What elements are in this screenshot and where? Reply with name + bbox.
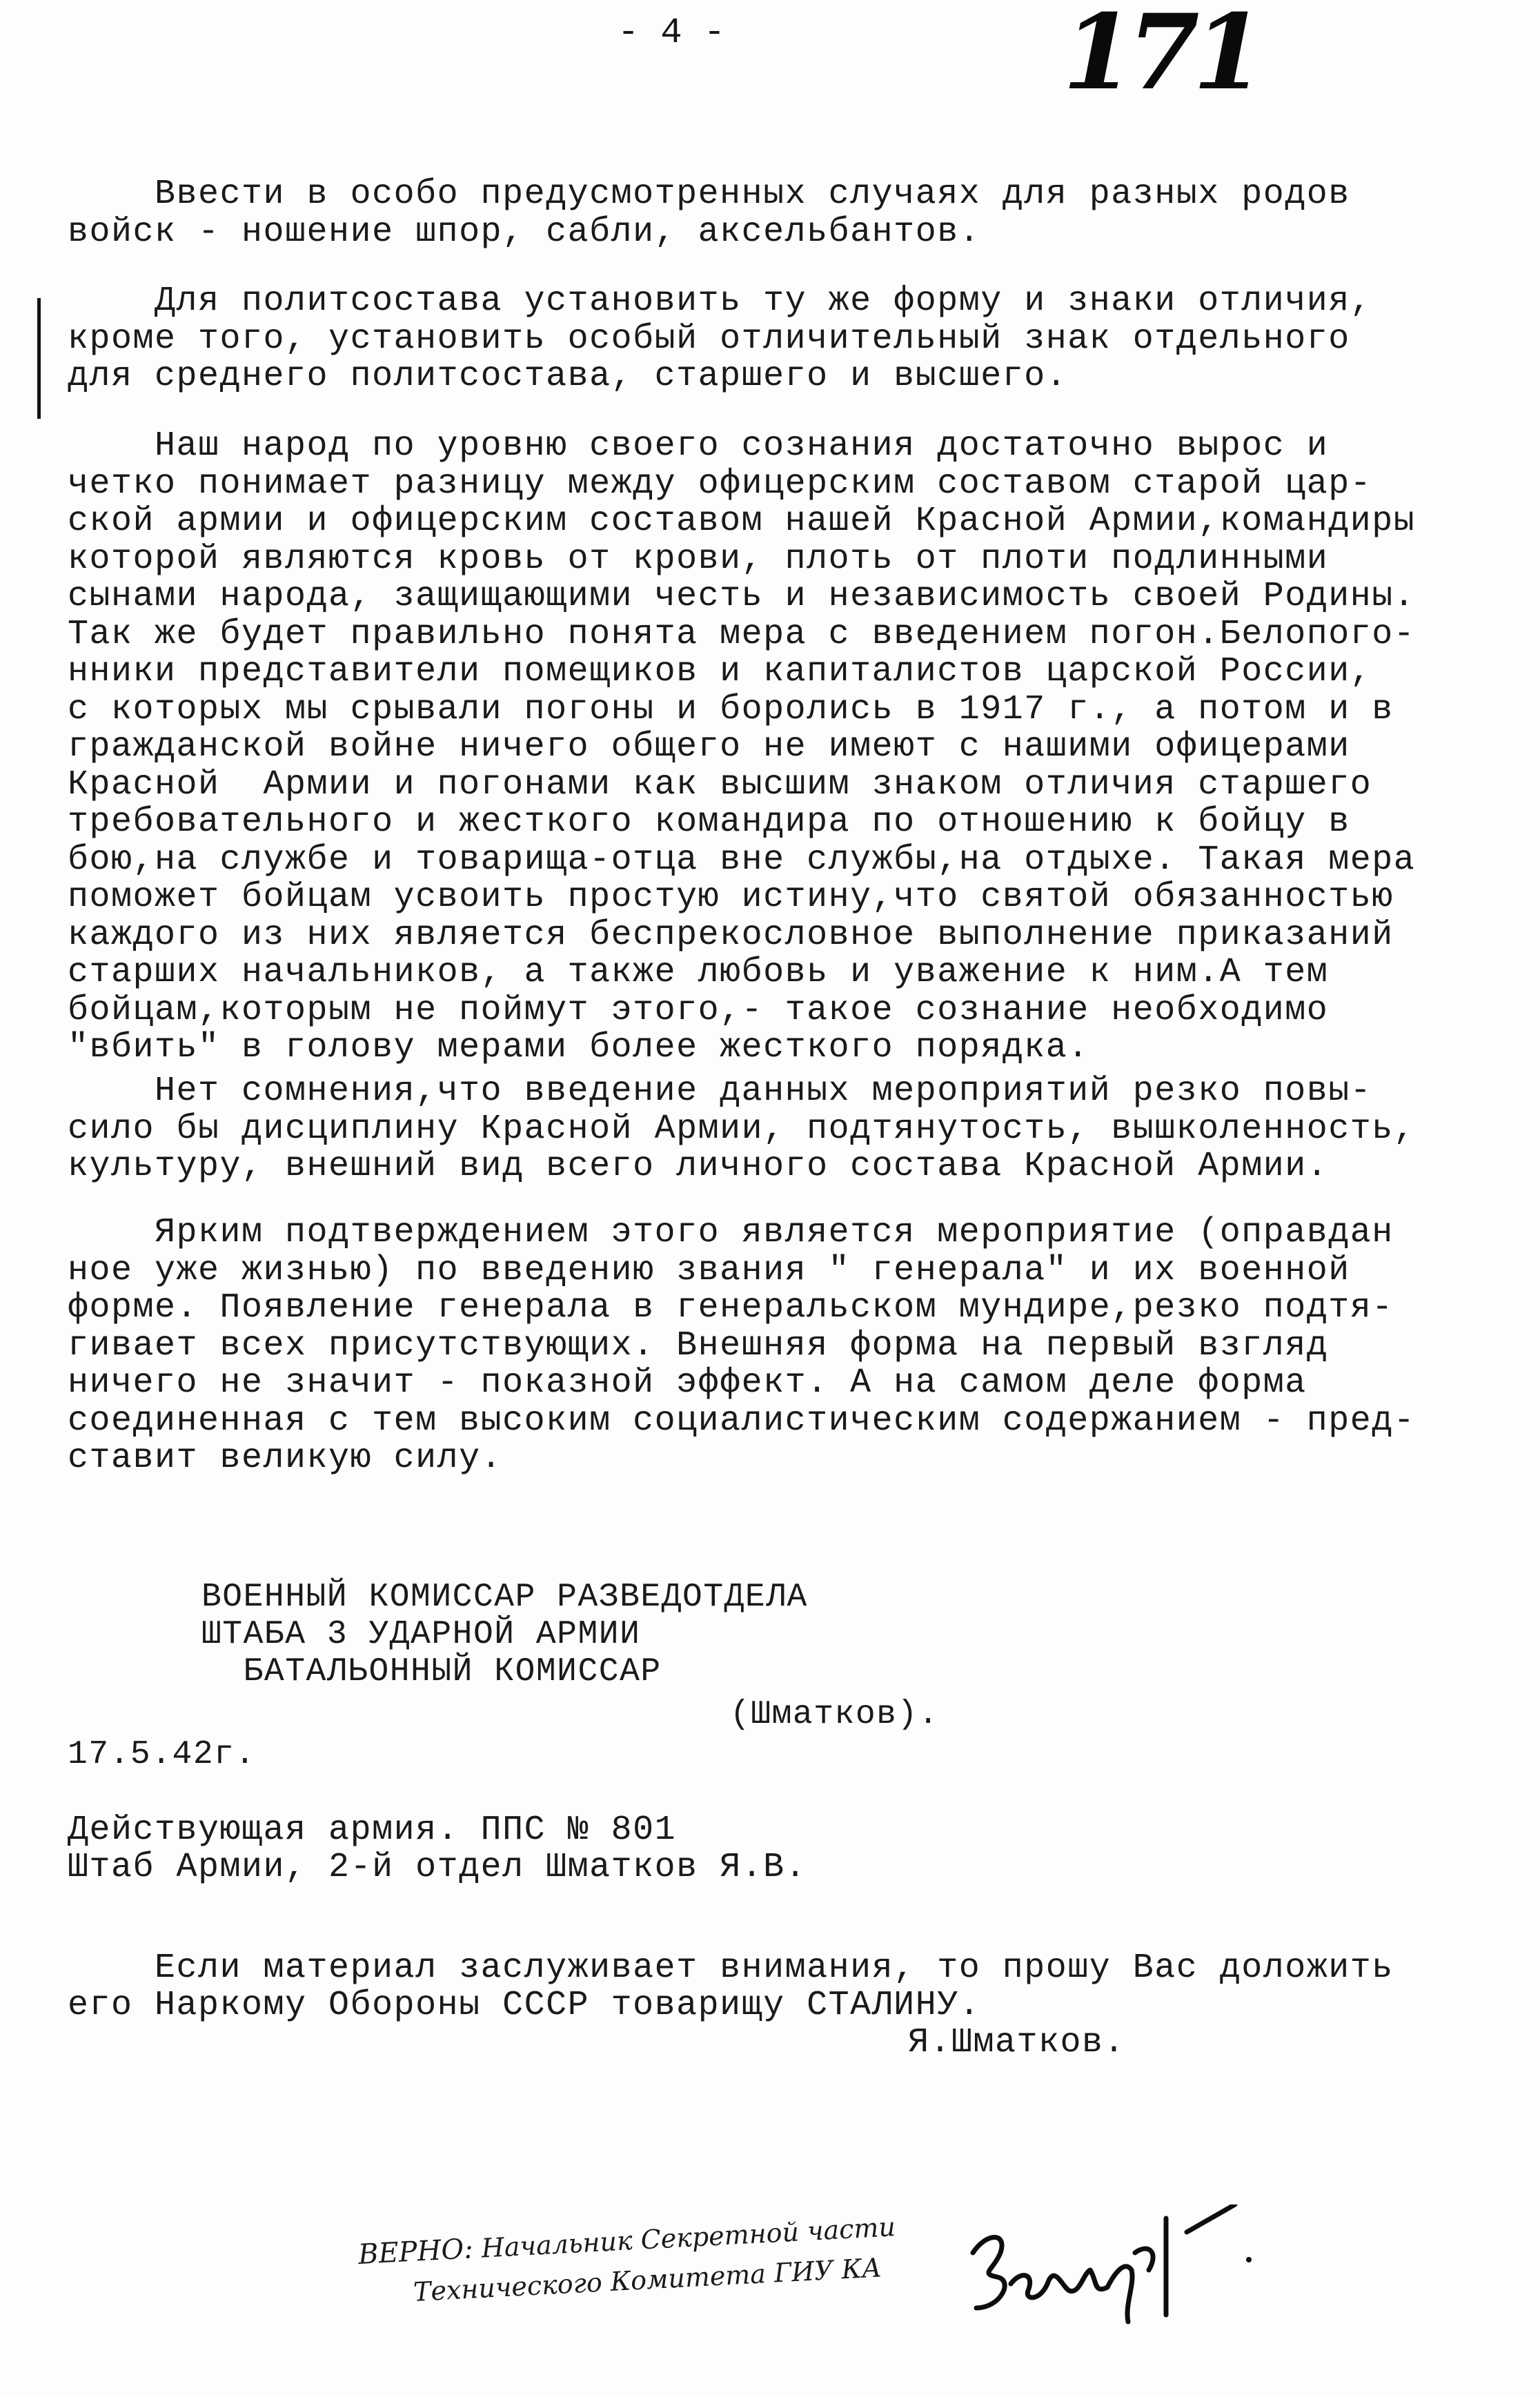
address-line: Действующая армия. ППС № 801 — [68, 1812, 676, 1849]
text-line: для среднего политсостава, старшего и вы… — [68, 358, 1067, 395]
signatory-title-line: ШТАБА 3 УДАРНОЙ АРМИИ — [201, 1616, 640, 1653]
text-line: Красной Армии и погонами как высшим знак… — [68, 767, 1372, 804]
document-page: - 4 - 171 Ввести в особо предусмотренных… — [0, 0, 1540, 2397]
text-line: ное уже жизнью) по введению звания " ген… — [68, 1252, 1350, 1290]
address-line: Штаб Армии, 2-й отдел Шматков Я.В. — [68, 1849, 807, 1886]
text-line: соединенная с тем высоким социалистическ… — [68, 1403, 1415, 1440]
text-line: войск - ношение шпор, сабли, аксельбанто… — [68, 214, 980, 251]
text-line: кроме того, установить особый отличитель… — [68, 321, 1350, 358]
text-line: Ввести в особо предусмотренных случаях д… — [68, 176, 1350, 213]
signatory-title-line: ВОЕННЫЙ КОМИССАР РАЗВЕДОТДЕЛА — [201, 1579, 808, 1616]
text-line: требовательного и жесткого командира по … — [68, 804, 1350, 841]
text-line: гивает всех присутствующих. Внешняя форм… — [68, 1328, 1328, 1365]
text-line: каждого из них является беспрекословное … — [68, 917, 1394, 954]
text-line: бойцам,которым не поймут этого,- такое с… — [68, 992, 1328, 1029]
page-number: - 4 - — [618, 12, 725, 53]
request-signature: Я.Шматков. — [908, 2024, 1125, 2062]
request-line: его Наркому Обороны СССР товарищу СТАЛИН… — [68, 1987, 980, 2024]
certification-label: ВЕРНО: — [357, 2233, 474, 2271]
text-line: ставит великую силу. — [68, 1440, 502, 1477]
text-line: которой являются кровь от крови, плоть о… — [68, 541, 1328, 578]
text-line: сило бы дисциплину Красной Армии, подтян… — [68, 1111, 1415, 1148]
text-line: Так же будет правильно понята мера с вве… — [68, 616, 1415, 653]
text-line: ской армии и офицерским составом нашей К… — [68, 503, 1415, 540]
text-line: с которых мы срывали погоны и боролись в… — [68, 691, 1394, 729]
text-line: Ярким подтверждением этого является меро… — [68, 1214, 1394, 1252]
handwritten-signature-icon — [959, 2204, 1290, 2329]
text-line: бою,на службе и товарища-отца вне службы… — [68, 842, 1415, 879]
text-line: ничего не значит - показной эффект. А на… — [68, 1365, 1307, 1402]
text-line: "вбить" в голову мерами более жесткого п… — [68, 1029, 1089, 1067]
request-line: Если материал заслуживает внимания, то п… — [68, 1950, 1394, 1987]
text-line: Нет сомнения,что введение данных меропри… — [68, 1073, 1372, 1110]
text-line: старших начальников, а также любовь и ув… — [68, 954, 1328, 992]
archive-sheet-number: 171 — [1063, 0, 1258, 113]
text-line: культуру, внешний вид всего личного сост… — [68, 1148, 1328, 1185]
margin-mark — [37, 298, 41, 419]
signatory-title-line: БАТАЛЬОННЫЙ КОМИССАР — [201, 1653, 662, 1690]
text-line: Наш народ по уровню своего сознания дост… — [68, 428, 1328, 465]
text-line: гражданской войне ничего общего не имеют… — [68, 729, 1350, 766]
text-line: форме. Появление генерала в генеральском… — [68, 1290, 1394, 1327]
text-line: нники представители помещиков и капитали… — [68, 653, 1372, 691]
document-date: 17.5.42г. — [68, 1736, 256, 1773]
signatory-name: (Шматков). — [730, 1696, 939, 1733]
text-line: четко понимает разницу между офицерским … — [68, 466, 1372, 503]
text-line: Для политсостава установить ту же форму … — [68, 283, 1372, 320]
text-line: поможет бойцам усвоить простую истину,чт… — [68, 879, 1394, 916]
text-line: сынами народа, защищающими честь и незав… — [68, 578, 1415, 615]
